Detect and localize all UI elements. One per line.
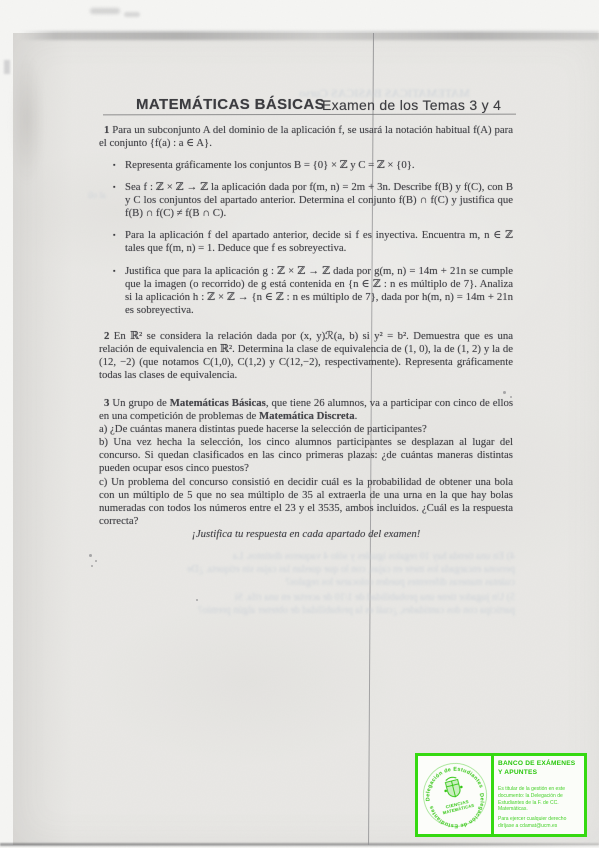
scanned-exam-page: MATEMATICAS BASICAS Curso al oli 4) En u… (0, 0, 599, 848)
problem-1-bullet-4: Justifica que para la aplicación g : ℤ ×… (125, 265, 513, 317)
stamp-note-contact: Para ejercer cualquier derecho diríjase … (498, 816, 580, 830)
scan-artifact (124, 12, 140, 17)
stamp-note: Es titular de la gestión en este documen… (498, 786, 580, 813)
problem-3-part-c: c) Un problema del concurso consistió en… (99, 476, 513, 528)
problem-2-body: En ℝ² se considera la relación dada por … (99, 330, 513, 381)
problem-3-intro: 3 Un grupo de Matemáticas Básicas, que t… (99, 397, 513, 423)
bullet-icon: ▪ (113, 181, 125, 220)
bullet-icon: ▪ (113, 159, 125, 172)
problem-3-part-b: b) Una vez hecha la selección, los cinco… (99, 436, 513, 475)
bleedthrough-text: cuántas maneras diferentes pueden coloca… (215, 577, 515, 588)
problem-3-intro-text: Un grupo de (112, 397, 169, 409)
bleedthrough-text: 4) En una tienda hay 10 regalos iguales … (135, 551, 515, 562)
paper-bottom-edge-shadow (0, 843, 599, 846)
course-name-bold: Matemáticas Básicas (170, 397, 266, 409)
scan-artifact (90, 8, 120, 14)
problem-1-number: 1 (104, 124, 109, 136)
bleedthrough-text: 5) Un jugador tiene una probabilidad de … (150, 592, 515, 603)
problem-1-intro: 1 Para un subconjunto A del dominio de l… (99, 124, 513, 150)
problem-1-bullet-3: Para la aplicación f del apartado anteri… (125, 229, 513, 255)
problem-3: 3 Un grupo de Matemáticas Básicas, que t… (99, 397, 513, 528)
bullet-icon: ▪ (113, 265, 125, 317)
problem-3-number: 3 (104, 397, 109, 409)
problem-3-part-a: a) ¿De cuántas manera distintas puede ha… (99, 423, 513, 436)
bleedthrough-text: participa con dos cantidades, ¿cuál es l… (118, 605, 515, 616)
list-item: ▪ Para la aplicación f del apartado ante… (113, 229, 513, 255)
problem-1-intro-text: Para un subconjunto A del dominio de la … (99, 124, 513, 149)
page-title-exam: Examen de los Temas 3 y 4 (322, 97, 501, 113)
delegation-seal: Delegación de Estudiantes Delegación de … (418, 756, 491, 834)
list-item: ▪ Sea f : ℤ × ℤ → ℤ la aplicación dada p… (113, 181, 513, 220)
scan-smudge (10, 55, 44, 185)
bullet-icon: ▪ (113, 229, 125, 255)
problem-2-number: 2 (104, 330, 109, 342)
page-title-course: MATEMÁTICAS BÁSICAS (136, 96, 325, 113)
list-item: ▪ Justifica que para la aplicación g : ℤ… (113, 265, 513, 317)
problem-1-bullet-list: ▪ Representa gráficamente los conjuntos … (113, 159, 513, 326)
paper-top-edge-shadow (20, 31, 599, 40)
exam-bank-stamp: Delegación de Estudiantes Delegación de … (415, 753, 587, 837)
problem-2-text: 2 En ℝ² se considera la relación dada po… (99, 330, 513, 382)
stamp-title: BANCO DE EXÁMENES Y APUNTES (498, 760, 580, 777)
list-item: ▪ Representa gráficamente los conjuntos … (113, 159, 513, 172)
exam-footer-note: ¡Justifica tu respuesta en cada apartado… (99, 528, 513, 540)
problem-1-bullet-1: Representa gráficamente los conjuntos B … (125, 159, 513, 172)
stamp-text-panel: BANCO DE EXÁMENES Y APUNTES Es titular d… (494, 756, 584, 834)
problem-1-bullet-2: Sea f : ℤ × ℤ → ℤ la aplicación dada por… (125, 181, 513, 220)
bleedthrough-text: persona encargada los mete en cajas, con… (120, 564, 515, 575)
bleedthrough-text: al oli (58, 190, 106, 200)
delegation-seal-svg: Delegación de Estudiantes Delegación de … (411, 750, 499, 839)
subject-name-bold: Matemática Discreta (259, 410, 355, 422)
problem-3-intro-text: . (355, 410, 358, 422)
